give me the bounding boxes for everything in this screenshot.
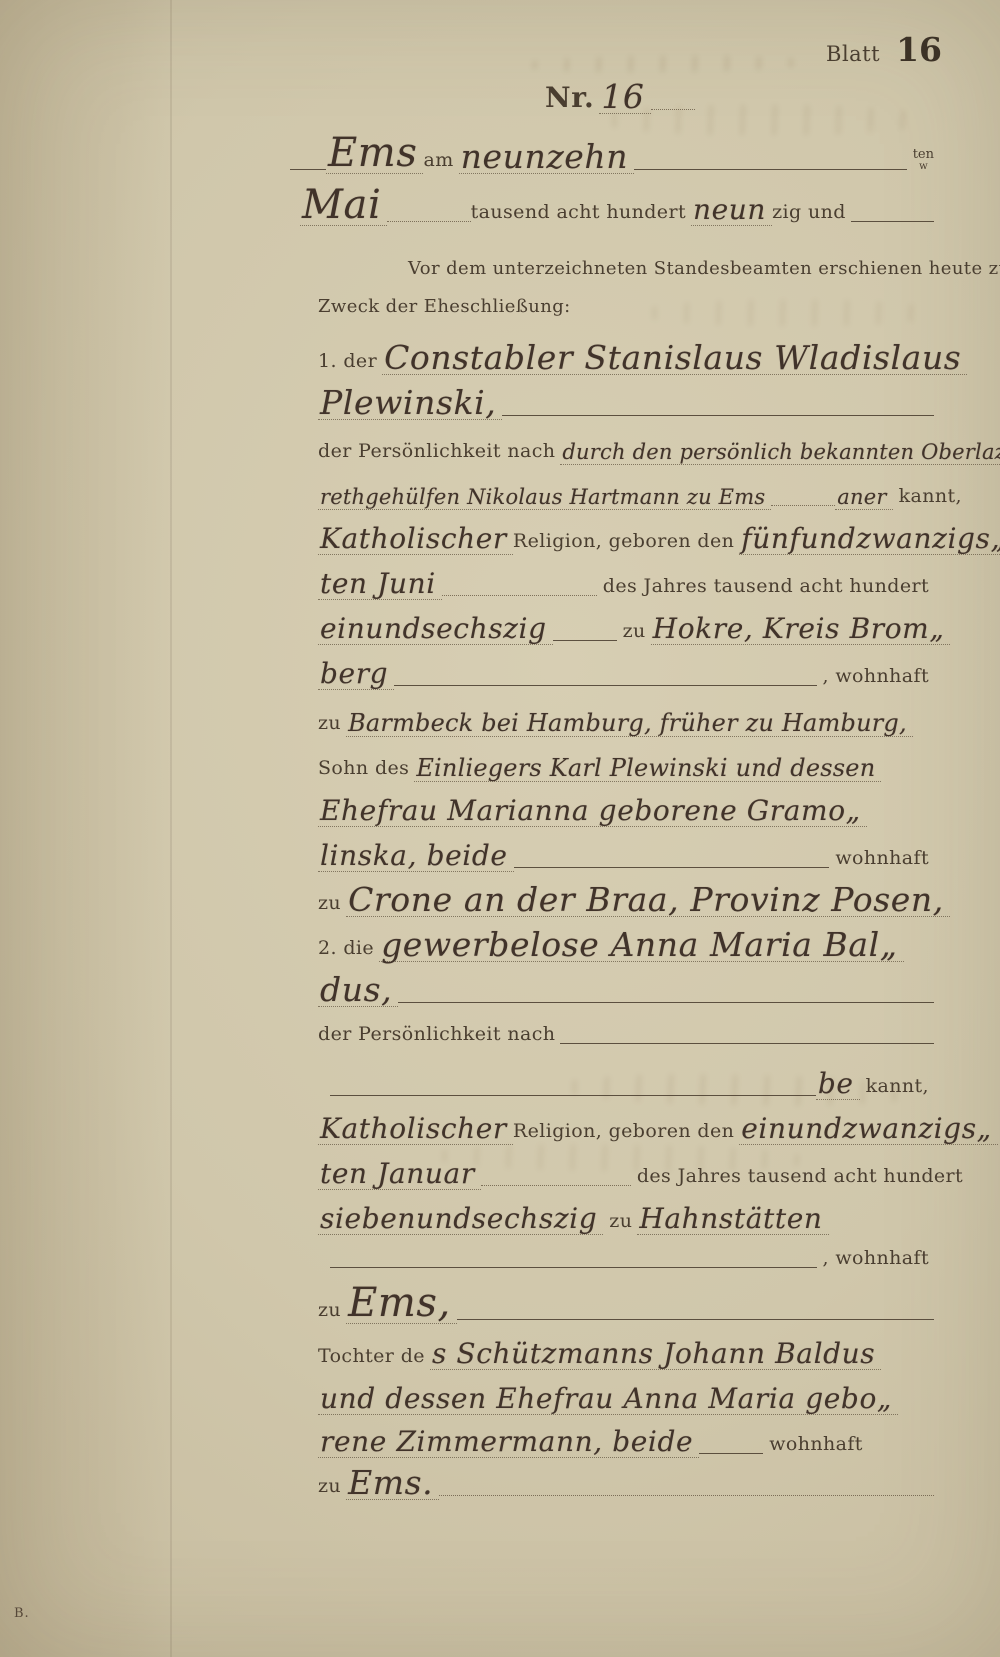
bride-parents-row-1: Tochter de s Schützmanns Johann Baldus	[318, 1326, 934, 1370]
bride-name-row-1: 2. die gewerbelose Anna Maria Bal„	[318, 918, 934, 962]
bride-religion-row: Katholischer Religion, geboren den einun…	[318, 1101, 934, 1145]
bride-religion: Katholischer	[318, 1116, 513, 1145]
groom-printed-religion: Religion, geboren den	[513, 531, 739, 555]
register-page: Blatt 16 Nr. 16 Ems am neunzehn ten w Ma…	[0, 0, 1000, 1657]
blank-line	[553, 640, 617, 641]
blank-line	[634, 169, 907, 170]
bride-printed-religion: Religion, geboren den	[513, 1121, 739, 1145]
binding-gutter-line	[170, 0, 172, 1657]
blank-line	[387, 221, 470, 222]
groom-identity-text-2: rethgehülfen Nikolaus Hartmann zu Ems	[318, 488, 771, 510]
groom-birth-place-row-2: berg , wohnhaft	[318, 646, 934, 690]
groom-name-1: Constabler Stanislaus Wladislaus	[382, 342, 967, 375]
blank-line	[699, 1453, 763, 1454]
bride-identity-label: der Persönlichkeit nach	[318, 1024, 560, 1048]
groom-printed-jahres: des Jahres tausend acht hundert	[597, 576, 934, 600]
printer-mark: B.	[14, 1606, 30, 1621]
blank-line	[439, 1495, 934, 1496]
bride-parents-row-3: rene Zimmermann, beide wohnhaft	[318, 1414, 934, 1458]
groom-residence-row: zu Barmbeck bei Hamburg, früher zu Hambu…	[318, 693, 934, 737]
blank-line	[330, 1095, 816, 1096]
date-year-row: Mai tausend acht hundert neun zig und	[300, 182, 934, 226]
bride-printed-tochter: Tochter de	[318, 1346, 430, 1370]
groom-birth-place-2: berg	[318, 661, 394, 690]
suffix-ten: ten	[913, 148, 934, 162]
registry-number-row: Nr. 16	[545, 66, 695, 114]
groom-identity-label: der Persönlichkeit nach	[318, 441, 560, 465]
registry-day: neunzehn	[459, 141, 635, 174]
groom-name-row-2: Plewinski,	[318, 376, 934, 420]
bride-parents-residence-row: zu Ems.	[318, 1456, 934, 1500]
groom-printed-zu-3: zu	[318, 893, 346, 917]
groom-parents-3: linska, beide	[318, 843, 514, 872]
sheet-number-header: Blatt 16	[826, 30, 942, 69]
blank-line	[514, 867, 830, 868]
bride-printed-jahres: des Jahres tausend acht hundert	[631, 1166, 968, 1190]
bride-residence: Ems,	[346, 1284, 457, 1324]
bride-birth-year-row: siebenundsechszig zu Hahnstätten	[318, 1191, 934, 1235]
blatt-number: 16	[896, 30, 942, 69]
bride-birth-day-2: ten Januar	[318, 1161, 481, 1190]
groom-parents-row-2: Ehefrau Marianna geborene Gramo„	[318, 783, 934, 827]
blank-line	[398, 1002, 934, 1003]
groom-parents-residence-row: zu Crone an der Braa, Provinz Posen,	[318, 873, 934, 917]
bride-parents-3: rene Zimmermann, beide	[318, 1429, 699, 1458]
groom-printed-kannt: kannt,	[893, 486, 967, 510]
bride-wohnhaft-row: , wohnhaft	[330, 1236, 934, 1272]
date-place-row: Ems am neunzehn ten w	[290, 130, 934, 174]
bride-printed-zu-3: zu	[318, 1476, 346, 1500]
groom-birth-day-1: fünfundzwanzigs„	[739, 526, 1000, 555]
nr-label: Nr.	[545, 83, 599, 114]
bride-parents-residence: Ems.	[346, 1467, 439, 1500]
groom-item-label: 1. der	[318, 351, 382, 375]
bride-identity-text: be	[816, 1071, 860, 1100]
groom-parents-1: Einliegers Karl Plewinski und dessen	[414, 757, 881, 782]
blank-line	[651, 109, 695, 110]
intro-line-1: Vor dem unterzeichneten Standesbeamten e…	[408, 259, 1000, 282]
printed-zig-und: zig und	[772, 202, 851, 226]
blank-line	[394, 685, 816, 686]
groom-identity-text-3: aner	[835, 488, 892, 510]
groom-birth-year-row: einundsechszig zu Hokre, Kreis Brom„	[318, 601, 934, 645]
groom-religion: Katholischer	[318, 526, 513, 555]
groom-birth-month-row: ten Juni des Jahres tausend acht hundert	[318, 556, 934, 600]
blatt-label: Blatt	[826, 42, 880, 66]
groom-printed-zu-1: zu	[617, 621, 651, 645]
bride-printed-zu-2: zu	[318, 1300, 346, 1324]
groom-parents-row-3: linska, beide wohnhaft	[318, 828, 934, 872]
printed-day-suffix: ten w	[907, 148, 934, 172]
groom-religion-row: Katholischer Religion, geboren den fünfu…	[318, 511, 934, 555]
bride-identity-row-2: be kannt,	[330, 1056, 934, 1100]
intro-row-2: Zweck der Eheschließung:	[318, 290, 934, 320]
blank-line	[290, 169, 326, 170]
bride-birth-year: siebenundsechszig	[318, 1206, 603, 1235]
bride-printed-zu-1: zu	[603, 1211, 637, 1235]
groom-identity-row-1: der Persönlichkeit nach durch den persön…	[318, 421, 934, 465]
registry-month: Mai	[300, 186, 387, 226]
groom-residence: Barmbeck bei Hamburg, früher zu Hamburg,	[346, 712, 913, 737]
blank-line	[502, 415, 934, 416]
blank-line	[481, 1185, 631, 1186]
bride-birth-day-1: einundzwanzigs„	[739, 1116, 998, 1145]
bride-birth-place: Hahnstätten	[637, 1206, 828, 1235]
intro-line-2: Zweck der Eheschließung:	[318, 297, 576, 320]
binding-gutter	[0, 0, 172, 1657]
groom-birth-day-2: ten Juni	[318, 571, 442, 600]
groom-birth-place-1: Hokre, Kreis Brom„	[651, 616, 951, 645]
groom-parents-row-1: Sohn des Einliegers Karl Plewinski und d…	[318, 738, 934, 782]
bride-item-label: 2. die	[318, 938, 379, 962]
bride-name-row-2: dus,	[318, 963, 934, 1007]
blank-line	[442, 595, 597, 596]
registry-place: Ems	[326, 134, 423, 174]
bride-name-2: dus,	[318, 974, 398, 1007]
groom-printed-wohnhaft-2: wohnhaft	[829, 848, 934, 872]
bride-parents-2: und dessen Ehefrau Anna Maria gebo„	[318, 1386, 898, 1415]
bride-name-1: gewerbelose Anna Maria Bal„	[379, 929, 903, 962]
groom-identity-text-1: durch den persönlich bekannten Oberlaza„	[560, 443, 1000, 465]
nr-value: 16	[599, 81, 650, 114]
bride-identity-row-1: der Persönlichkeit nach	[318, 1008, 934, 1048]
groom-printed-sohn: Sohn des	[318, 758, 414, 782]
groom-identity-row-2: rethgehülfen Nikolaus Hartmann zu Ems an…	[318, 466, 934, 510]
bride-parents-row-2: und dessen Ehefrau Anna Maria gebo„	[318, 1371, 934, 1415]
blank-line	[560, 1043, 934, 1044]
blank-line	[330, 1267, 817, 1268]
blank-line	[771, 505, 835, 506]
bride-printed-wohnhaft-2: wohnhaft	[763, 1434, 868, 1458]
registry-decade: neun	[691, 197, 772, 226]
bride-birth-month-row: ten Januar des Jahres tausend acht hunde…	[318, 1146, 934, 1190]
printed-tausend: tausend acht hundert	[471, 202, 691, 226]
blank-line	[457, 1319, 934, 1320]
bride-printed-kannt: kannt,	[860, 1076, 934, 1100]
printed-am: am	[423, 150, 458, 174]
groom-name-2: Plewinski,	[318, 387, 502, 420]
bride-printed-wohnhaft-1: , wohnhaft	[817, 1248, 935, 1272]
groom-name-row-1: 1. der Constabler Stanislaus Wladislaus	[318, 331, 934, 375]
groom-birth-year: einundsechszig	[318, 616, 553, 645]
blank-line	[851, 221, 934, 222]
groom-parents-residence: Crone an der Braa, Provinz Posen,	[346, 884, 950, 917]
bride-parents-1: s Schützmanns Johann Baldus	[430, 1341, 881, 1370]
suffix-w-mark: w	[919, 162, 928, 173]
groom-printed-zu-2: zu	[318, 713, 346, 737]
bride-residence-row: zu Ems,	[318, 1280, 934, 1324]
groom-printed-wohnhaft-1: , wohnhaft	[817, 666, 935, 690]
intro-row-1: Vor dem unterzeichneten Standesbeamten e…	[408, 252, 934, 282]
groom-parents-2: Ehefrau Marianna geborene Gramo„	[318, 798, 867, 827]
